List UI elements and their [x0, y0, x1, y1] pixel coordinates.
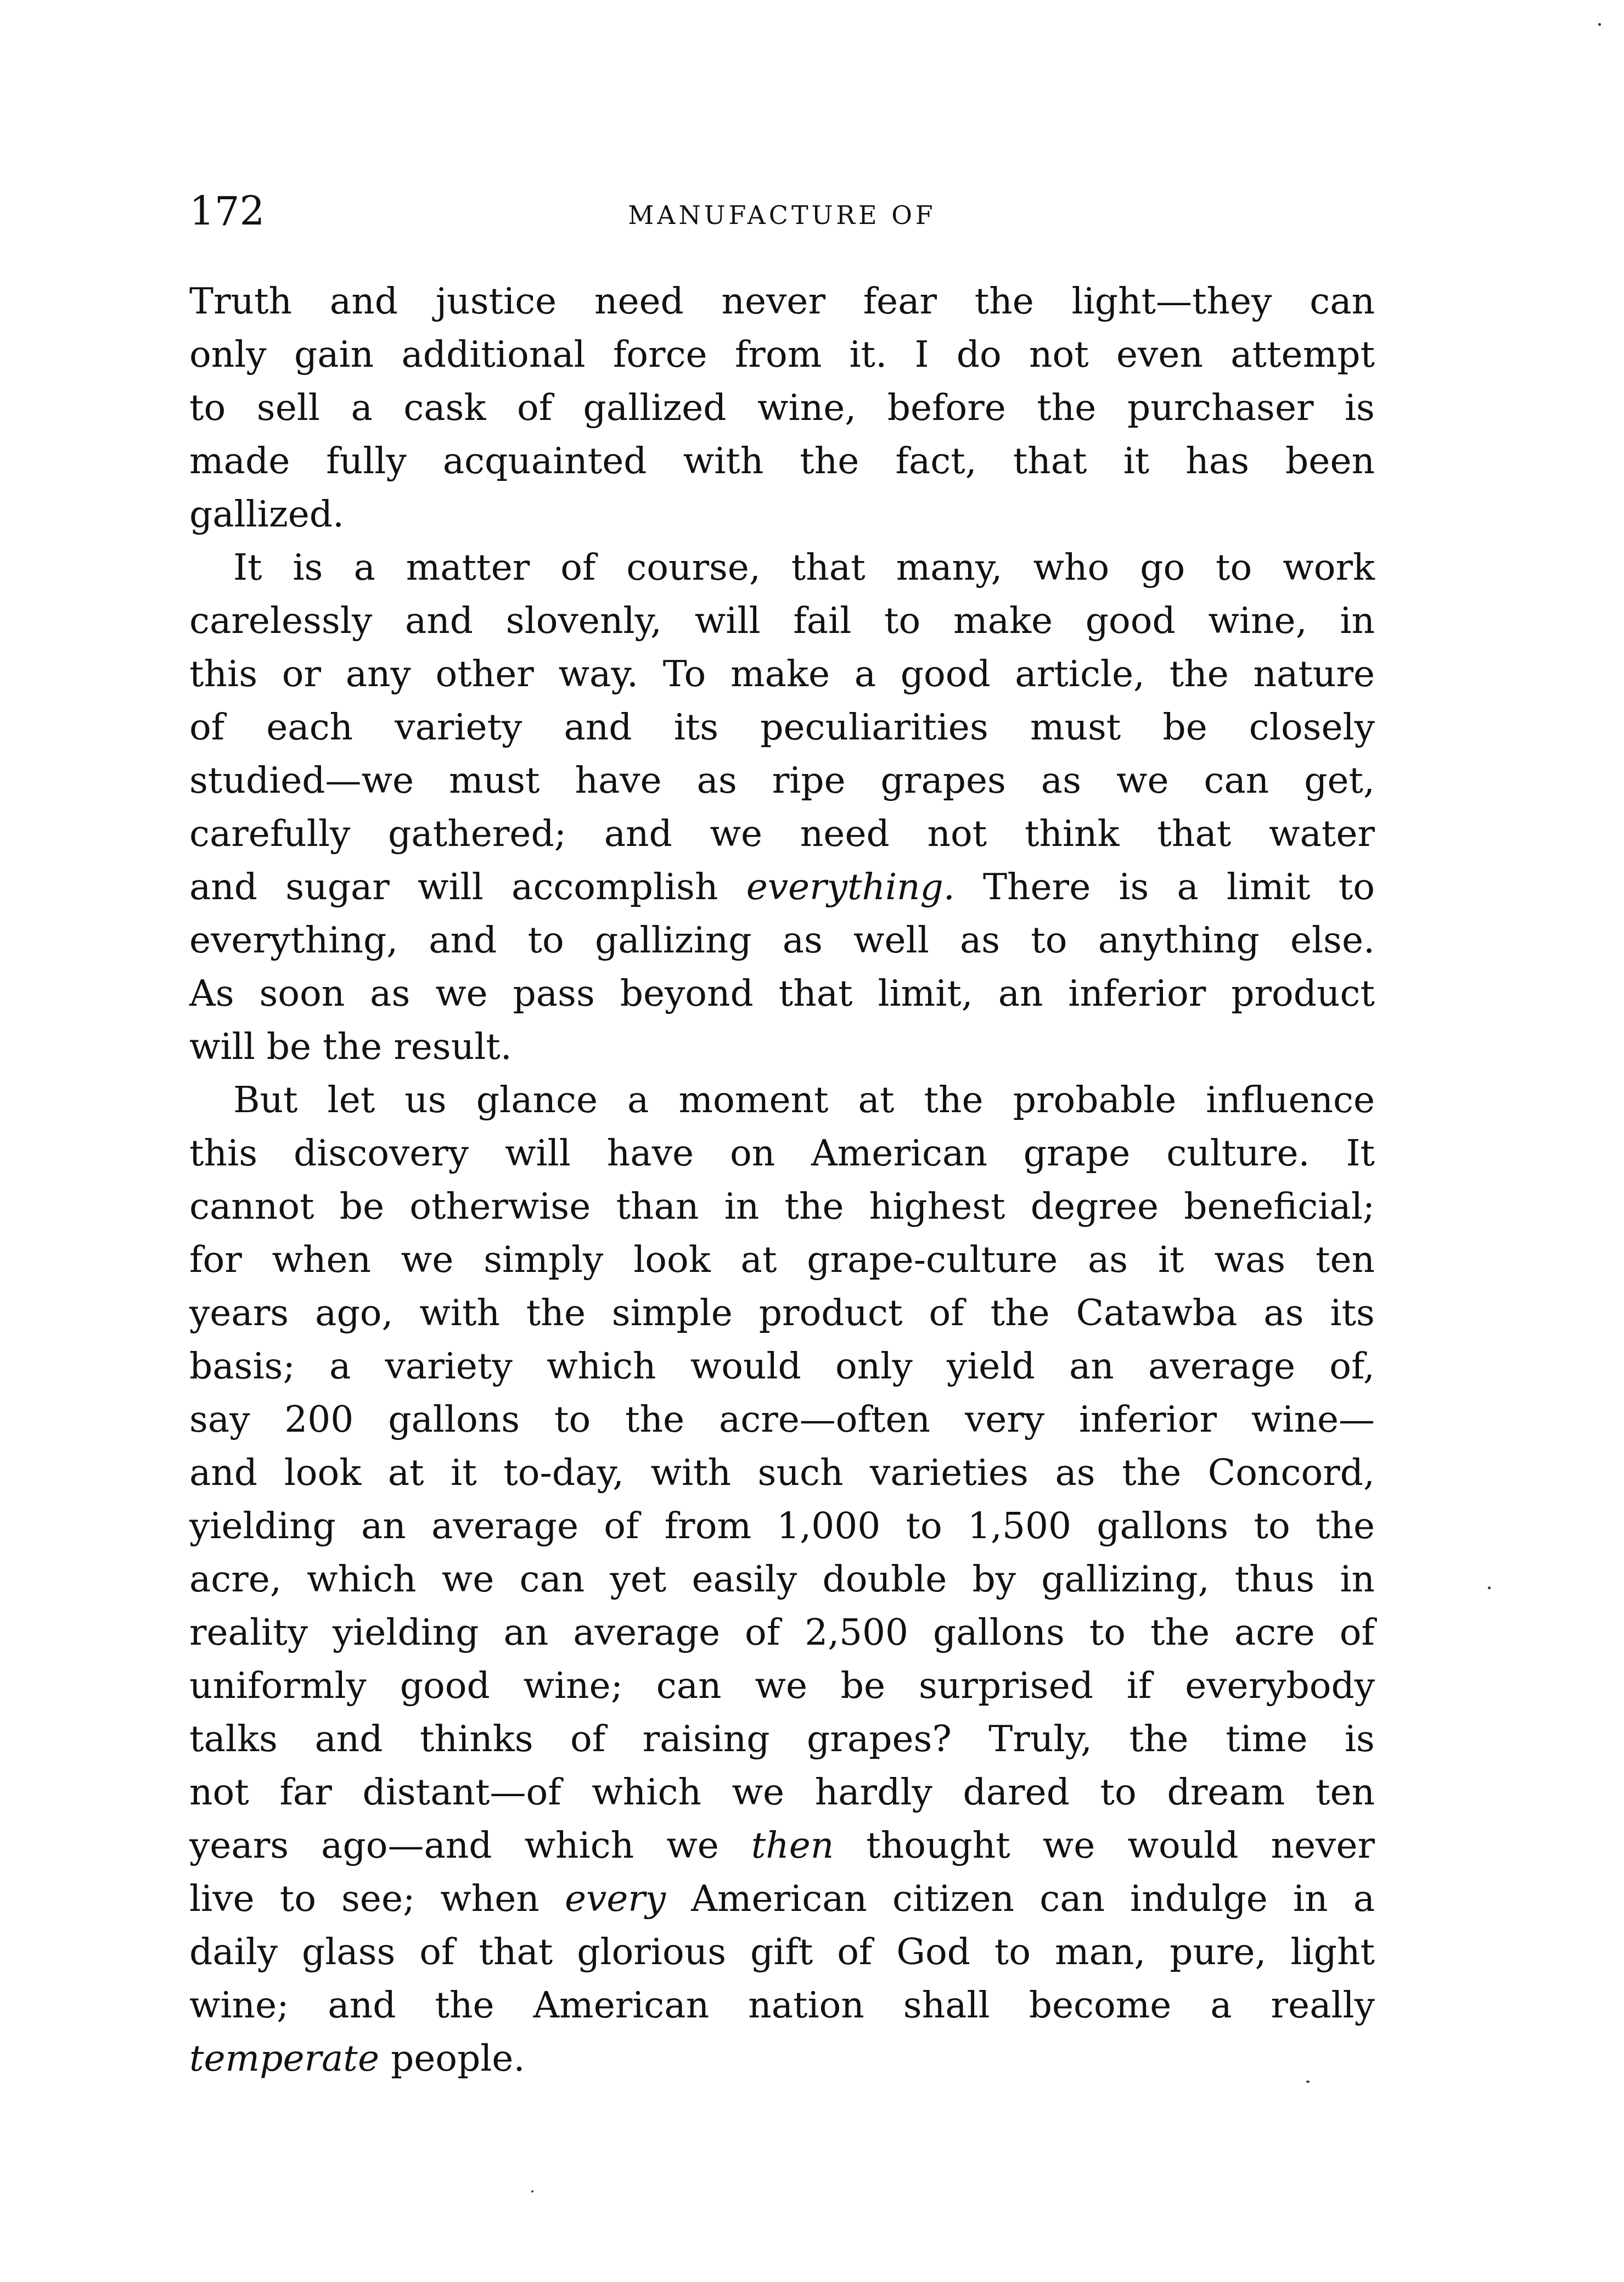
text-line: Truth and justice need never fear the li… — [189, 274, 1375, 328]
text-line: yielding an average of from 1,000 to 1,5… — [189, 1499, 1375, 1552]
text-line: But let us glance a moment at the probab… — [189, 1073, 1375, 1126]
running-header: 172 MANUFACTURE OF — [189, 187, 1375, 236]
text-line: carefully gathered; and we need not thin… — [189, 807, 1375, 860]
text-line: say 200 gallons to the acre—often very i… — [189, 1393, 1375, 1446]
text-line: everything, and to gallizing as well as … — [189, 913, 1375, 967]
text-line: live to see; when every American citizen… — [189, 1872, 1375, 1925]
book-page: 172 MANUFACTURE OF Truth and justice nee… — [0, 0, 1624, 2282]
italic-emphasis: every — [565, 1877, 666, 1920]
text-line: and sugar will accomplish everything. Th… — [189, 860, 1375, 913]
text-line: years ago, with the simple product of th… — [189, 1286, 1375, 1339]
scan-speck — [531, 2190, 533, 2193]
text-line: this discovery will have on American gra… — [189, 1126, 1375, 1180]
italic-emphasis: temperate — [189, 2037, 379, 2079]
scan-speck — [1598, 23, 1601, 26]
text-line: It is a matter of course, that many, who… — [189, 541, 1375, 594]
text-line: for when we simply look at grape-culture… — [189, 1233, 1375, 1286]
text-line: studied—we must have as ripe grapes as w… — [189, 754, 1375, 807]
text-line: basis; a variety which would only yield … — [189, 1339, 1375, 1393]
text-line: daily glass of that glorious gift of God… — [189, 1925, 1375, 1978]
italic-emphasis: then — [751, 1824, 834, 1866]
text-line: carelessly and slovenly, will fail to ma… — [189, 594, 1375, 647]
text-line: to sell a cask of gallized wine, before … — [189, 381, 1375, 434]
scan-speck — [1306, 2081, 1310, 2083]
paragraph: It is a matter of course, that many, who… — [189, 541, 1375, 1073]
text-line: cannot be otherwise than in the highest … — [189, 1180, 1375, 1233]
text-line: and look at it to-day, with such varieti… — [189, 1446, 1375, 1499]
text-line: years ago—and which we then thought we w… — [189, 1819, 1375, 1872]
text-line: temperate people. — [189, 2032, 1375, 2085]
text-line: of each variety and its peculiarities mu… — [189, 700, 1375, 754]
text-line: reality yielding an average of 2,500 gal… — [189, 1606, 1375, 1659]
text-line: acre, which we can yet easily double by … — [189, 1552, 1375, 1606]
paragraph: But let us glance a moment at the probab… — [189, 1073, 1375, 2085]
text-line: made fully acquainted with the fact, tha… — [189, 434, 1375, 487]
text-line: gallized. — [189, 487, 1375, 541]
text-line: not far distant—of which we hardly dared… — [189, 1765, 1375, 1819]
text-line: talks and thinks of raising grapes? Trul… — [189, 1712, 1375, 1765]
text-line: wine; and the American nation shall beco… — [189, 1978, 1375, 2032]
scan-speck — [1488, 1586, 1491, 1589]
italic-emphasis: everything. — [746, 866, 955, 908]
text-line: As soon as we pass beyond that limit, an… — [189, 967, 1375, 1020]
text-line: will be the result. — [189, 1020, 1375, 1073]
text-line: this or any other way. To make a good ar… — [189, 647, 1375, 700]
text-line: only gain additional force from it. I do… — [189, 328, 1375, 381]
body-text: Truth and justice need never fear the li… — [189, 274, 1375, 2085]
running-title: MANUFACTURE OF — [189, 193, 1375, 237]
text-line: uniformly good wine; can we be surprised… — [189, 1659, 1375, 1712]
paragraph: Truth and justice need never fear the li… — [189, 274, 1375, 541]
